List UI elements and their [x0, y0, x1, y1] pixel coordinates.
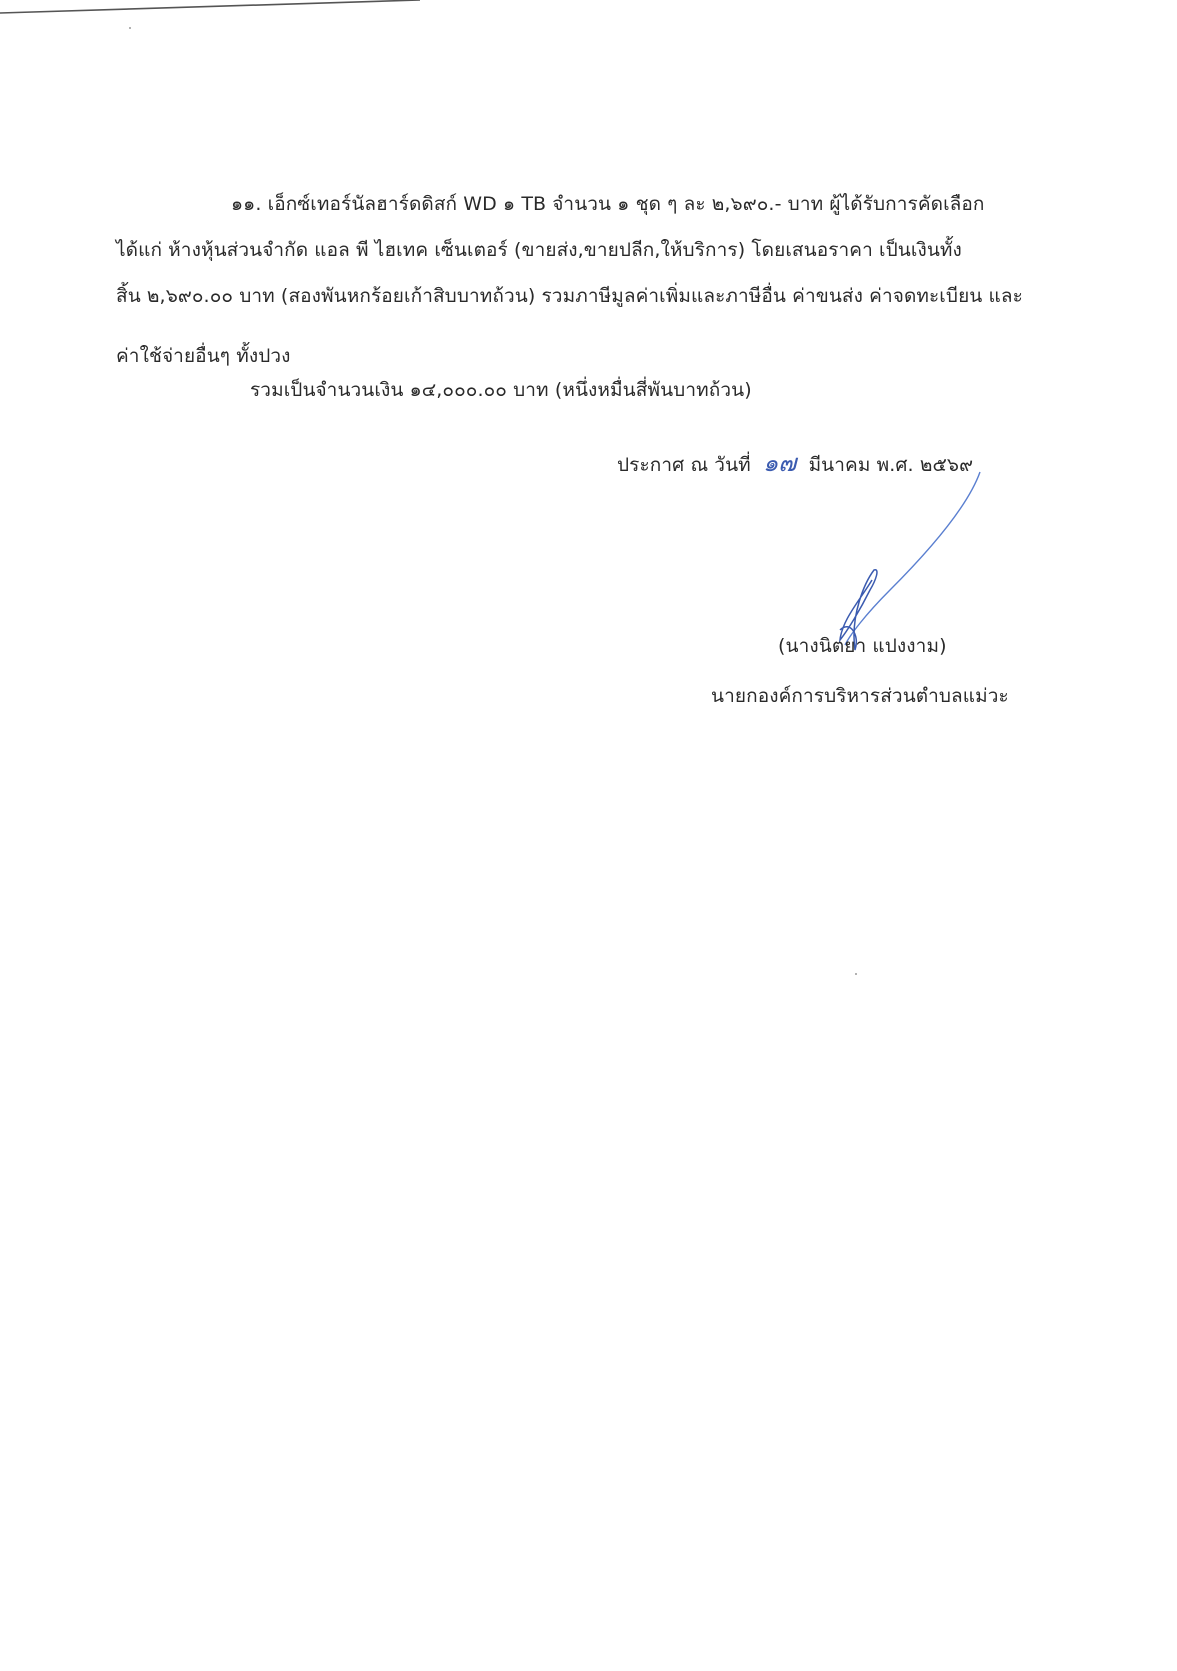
item-11-line-4: ค่าใช้จ่ายอื่นๆ ทั้งปวง — [116, 342, 291, 370]
scan-speck — [855, 973, 857, 975]
signatory-title: นายกองค์การบริหารส่วนตำบลแม่วะ — [711, 682, 1009, 710]
item-11-line-3: สิ้น ๒,๖๙๐.๐๐ บาท (สองพันหกร้อยเก้าสิบบา… — [116, 282, 1023, 310]
scan-speck — [129, 27, 131, 29]
item-11-line-2: ได้แก่ ห้างหุ้นส่วนจำกัด แอล พี ไฮเทค เซ… — [116, 236, 962, 264]
total-amount-line: รวมเป็นจำนวนเงิน ๑๔,๐๐๐.๐๐ บาท (หนึ่งหมื… — [250, 376, 752, 404]
item-11-line-1: ๑๑. เอ็กซ์เทอร์นัลฮาร์ดดิสก์ WD ๑ TB จำน… — [231, 190, 985, 218]
handwritten-day: ๑๗ — [757, 449, 802, 477]
signatory-name: (นางนิตยา แปงงาม) — [778, 632, 947, 660]
announcement-prefix: ประกาศ ณ วันที่ — [617, 454, 751, 476]
scan-page-edge — [0, 0, 1177, 16]
